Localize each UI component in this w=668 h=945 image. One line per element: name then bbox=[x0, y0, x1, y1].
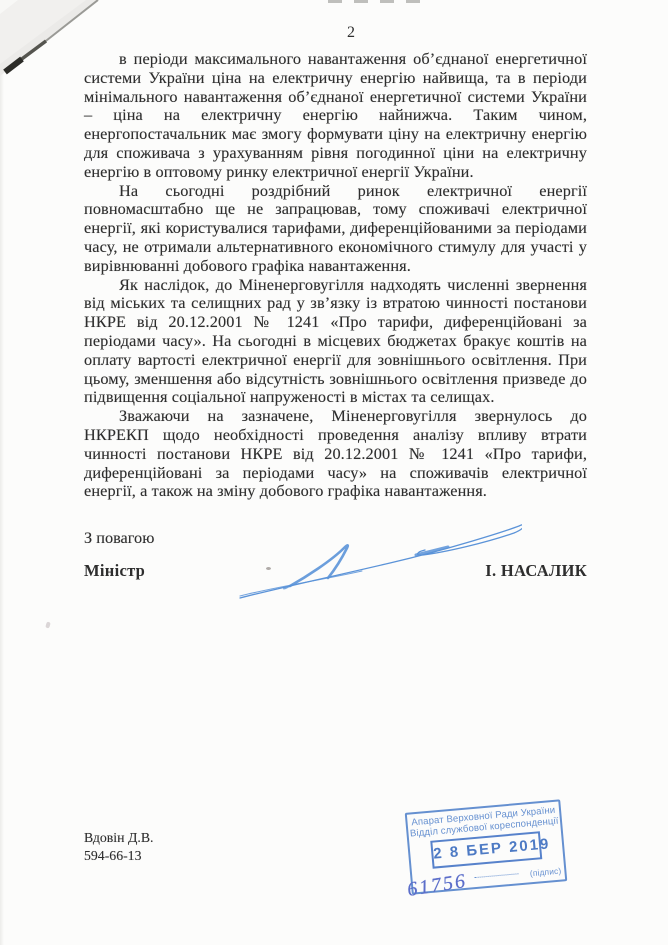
closing-salutation: З повагою bbox=[84, 528, 154, 548]
body-paragraph: в періоди максимального навантаження об’… bbox=[84, 50, 587, 182]
executor-block: Вдовін Д.В. 594-66-13 bbox=[84, 829, 153, 864]
stamp-signature-label: (підпис) bbox=[529, 866, 561, 879]
scan-speck bbox=[45, 622, 51, 629]
body-paragraph: На сьогодні роздрібний ринок електричної… bbox=[84, 182, 587, 276]
executor-phone: 594-66-13 bbox=[84, 847, 153, 865]
letter-body: в періоди максимального навантаження об’… bbox=[84, 50, 587, 501]
body-paragraph: Зважаючи на зазначене, Міненерговугілля … bbox=[84, 407, 587, 501]
signer-name: І. НАСАЛИК bbox=[485, 561, 587, 581]
stamp-date: 2 8 БЕР 2019 bbox=[430, 831, 542, 868]
body-paragraph: Як наслідок, до Міненерговугілля надходя… bbox=[84, 276, 587, 408]
stamp-reg-number-handwritten: 61756 bbox=[406, 870, 469, 902]
executor-name: Вдовін Д.В. bbox=[84, 829, 153, 847]
minister-signature bbox=[210, 510, 522, 610]
stamp-dotted-line bbox=[475, 873, 519, 878]
signer-title: Міністр bbox=[84, 561, 145, 581]
scan-speck bbox=[266, 567, 271, 570]
page-number: 2 bbox=[347, 24, 355, 42]
registration-stamp: Апарат Верховної Ради України Відділ слу… bbox=[405, 799, 568, 894]
signature-row: Міністр І. НАСАЛИК bbox=[84, 561, 587, 581]
scan-edge-artifact bbox=[328, 0, 430, 3]
scanned-letter-page: 2 в періоди максимального навантаження о… bbox=[0, 0, 668, 945]
